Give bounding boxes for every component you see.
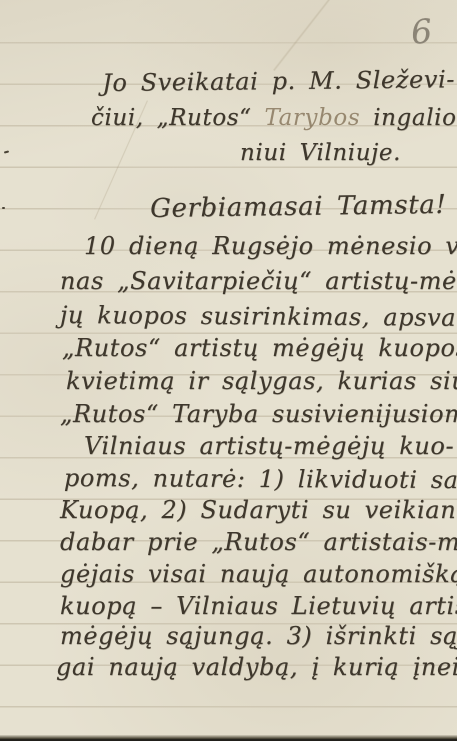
paper-crease [273, 0, 331, 71]
body-line: jų kuopos susirinkimas, apsvarstęs [60, 302, 457, 333]
ink-speck [2, 207, 5, 209]
address-line: niui Vilniuje. [240, 140, 401, 166]
body-line: gai naują valdybą, į kurią įneitų [56, 654, 457, 682]
body-line: Kuopą, 2) Sudaryti su veikiančiais [60, 497, 457, 525]
address-line-part: ingalioti- [360, 105, 457, 131]
body-line: nas „Savitarpiečių“ artistų-mėgė- [60, 268, 457, 296]
address-line-faded-word: Tarybos [264, 105, 360, 131]
address-line: Jo Sveikatai p. M. Sleževi- [102, 66, 455, 97]
body-line: gėjais visai naują autonomišką [60, 561, 457, 589]
body-line: „Rutos“ Taryba susivienijusioms [60, 401, 457, 429]
salutation-line: Gerbiamasai Tamsta! [150, 191, 447, 225]
body-line: poms, nutarė: 1) likviduoti savo [64, 465, 457, 495]
body-line: kuopą – Vilniaus Lietuvių artistų [60, 593, 457, 621]
page-number: 6 [409, 11, 433, 52]
body-line: kvietimą ir sąlygas, kurias siūlo [66, 368, 457, 396]
address-line: čiui, „Rutos“ Tarybos ingalioti- [91, 105, 457, 131]
body-line: „Rutos“ artistų mėgėjų kuopos pa- [62, 335, 457, 363]
letter-page: 6 Jo Sveikatai p. M. Sleževi- čiui, „Rut… [0, 0, 457, 741]
ink-speck [4, 150, 9, 153]
body-line: 10 dieną Rugsėjo mėnesio visuoti- [84, 233, 457, 261]
body-line: Vilniaus artistų-mėgėjų kuo- [84, 433, 454, 461]
paper-bottom-edge [0, 735, 457, 741]
address-line-part: čiui, „Rutos“ [91, 105, 264, 131]
body-line: mėgėjų sąjungą. 3) išrinkti sąjun- [60, 623, 457, 651]
body-line: dabar prie „Rutos“ artistais-mė- [60, 529, 457, 557]
